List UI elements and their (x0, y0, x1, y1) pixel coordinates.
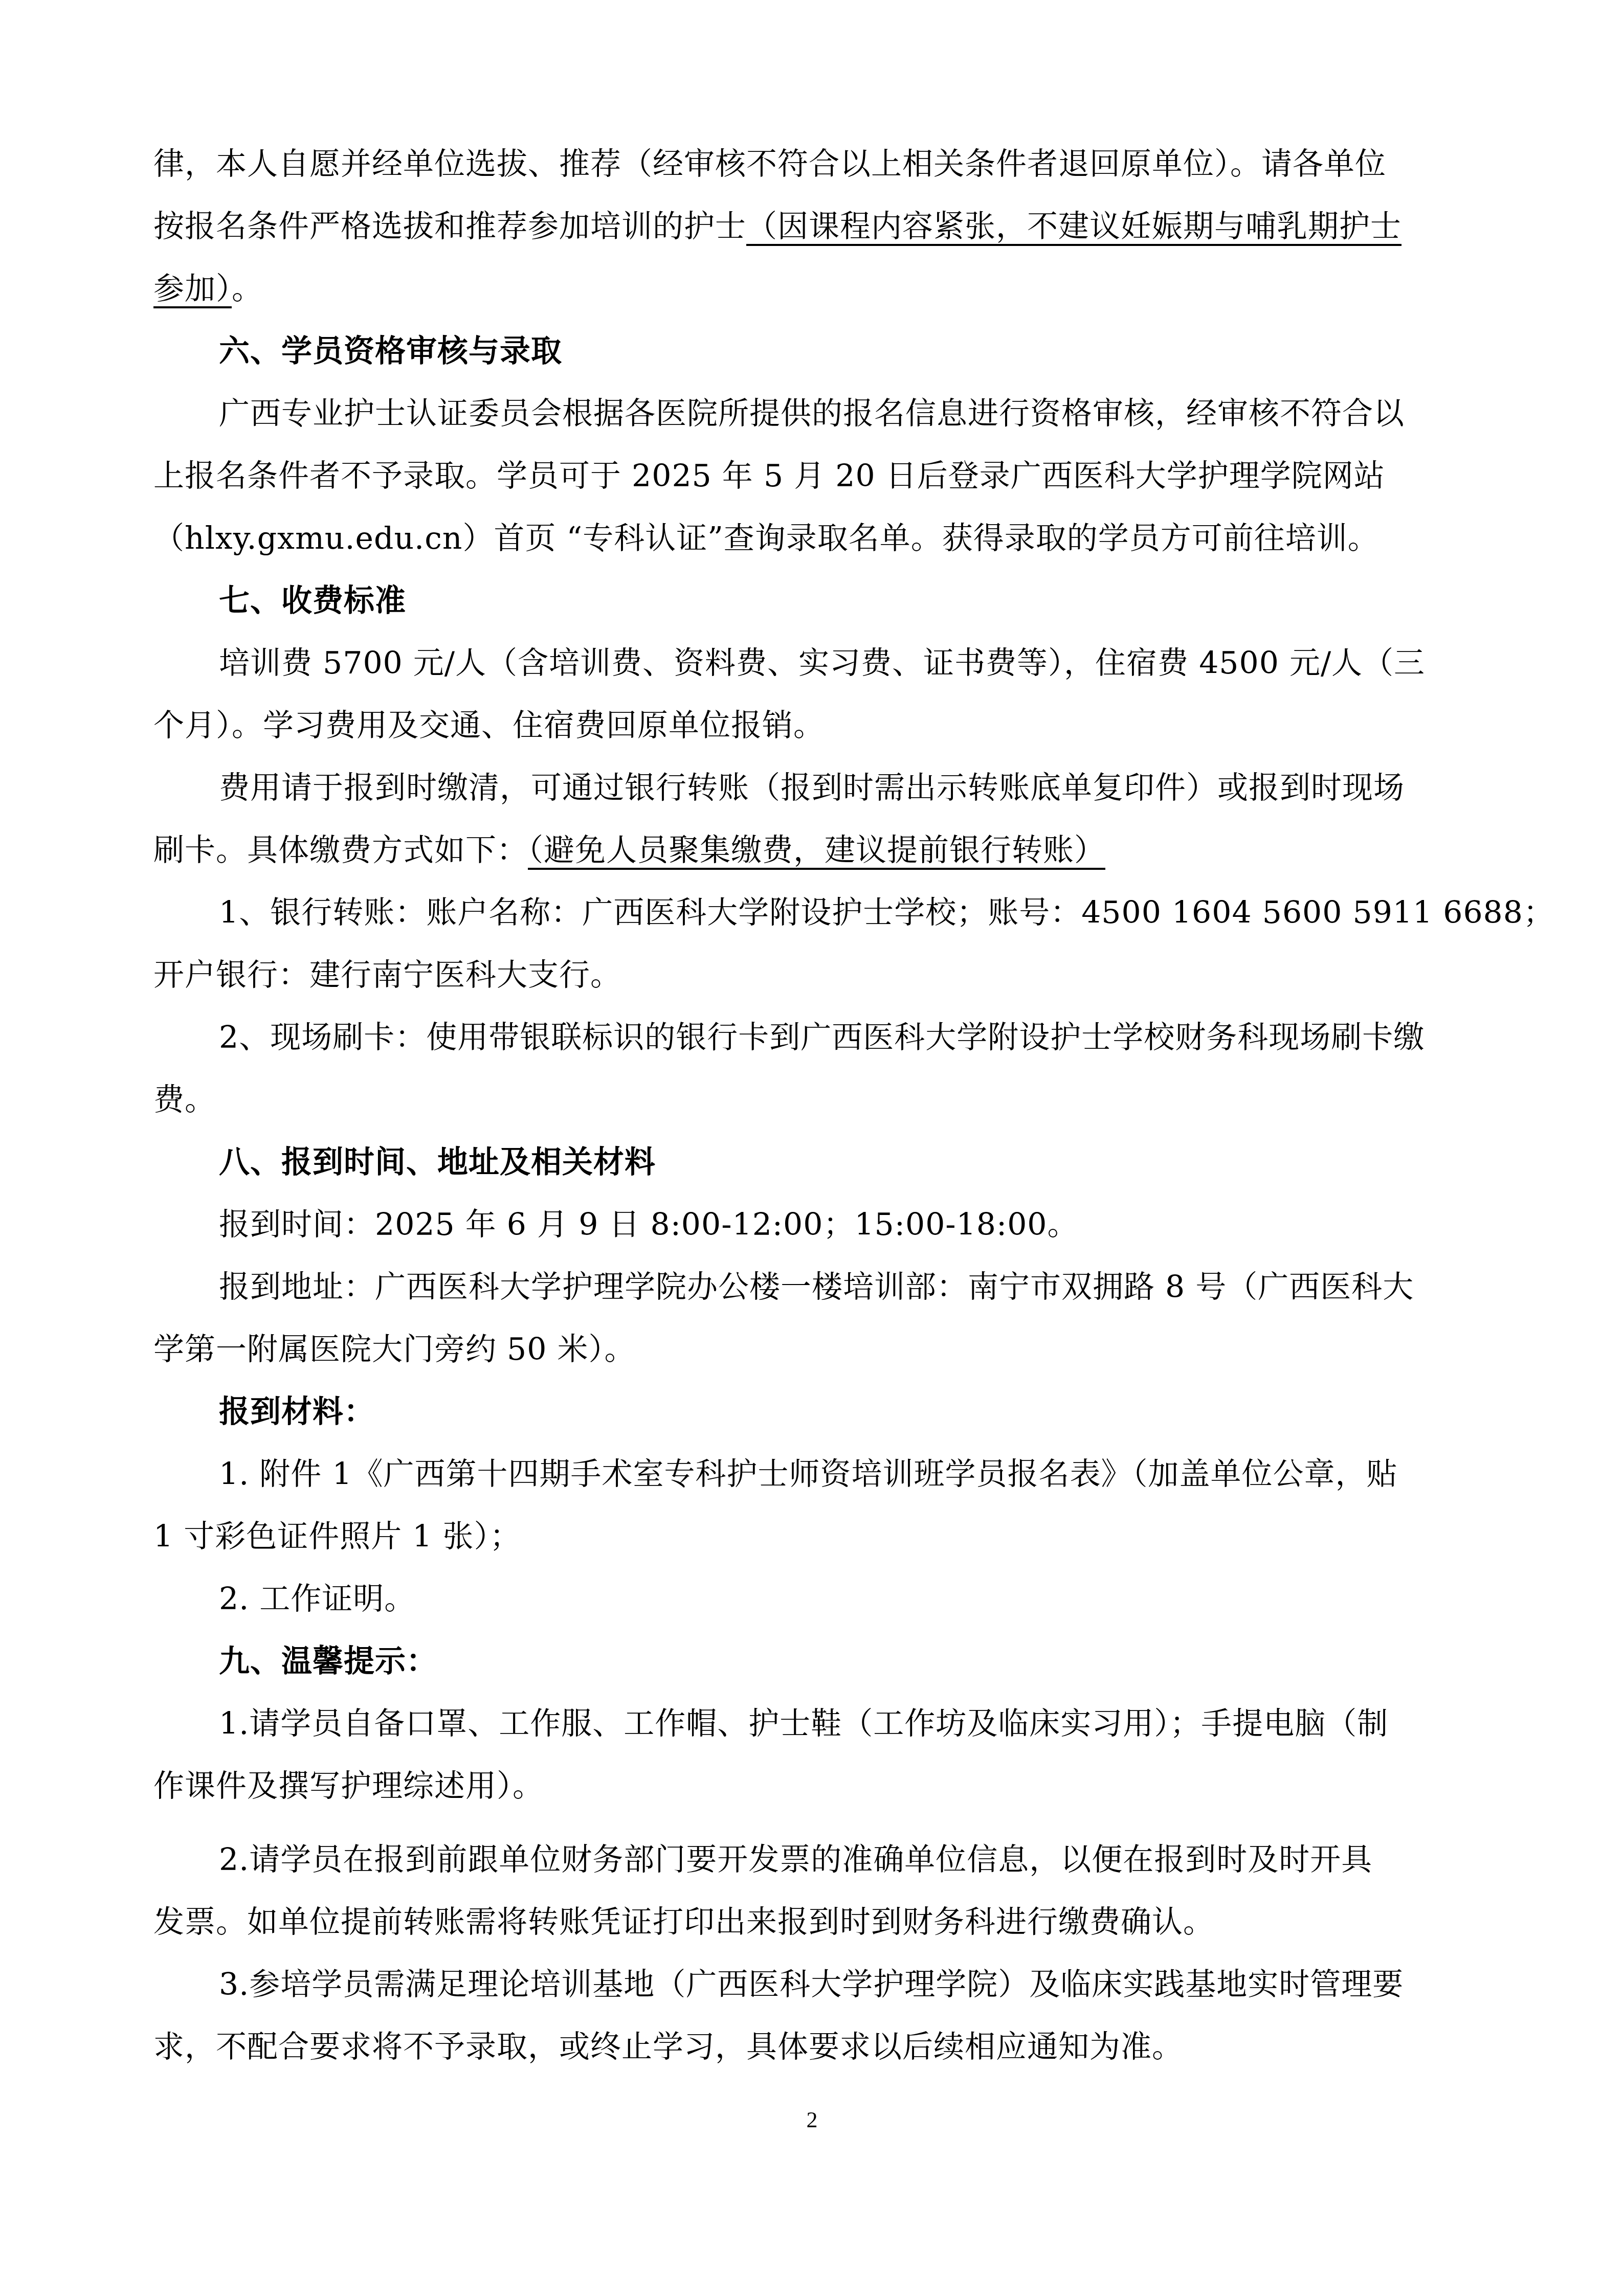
paragraph-line: 费。 (153, 1069, 1482, 1131)
document-page: 律，本人自愿并经单位选拔、推荐（经审核不符合以上相关条件者退回原单位）。请各单位… (0, 0, 1624, 2296)
report-address: 报到地址：广西医科大学护理学院办公楼一楼培训部：南宁市双拥路 8 号（广西医科大 (153, 1256, 1482, 1318)
paragraph-line: （hlxy.gxmu.edu.cn）首页 “专科认证”查询录取名单。获得录取的学… (153, 507, 1482, 570)
page-content: 律，本人自愿并经单位选拔、推荐（经审核不符合以上相关条件者退回原单位）。请各单位… (153, 133, 1482, 2078)
tip-item-2: 2.请学员在报到前跟单位财务部门要开发票的准确单位信息，以便在报到时及时开具 (153, 1829, 1482, 1891)
section-heading-9: 九、温馨提示： (153, 1630, 1482, 1693)
tip-item-1: 1.请学员自备口罩、工作服、工作帽、护士鞋（工作坊及临床实习用）；手提电脑（制 (153, 1693, 1482, 1755)
paragraph-line: 学第一附属医院大门旁约 50 米）。 (153, 1318, 1482, 1381)
bank-transfer-line: 1、银行转账：账户名称：广西医科大学附设护士学校；账号：4500 1604 56… (153, 882, 1482, 944)
paragraph-line: 费用请于报到时缴清，可通过银行转账（报到时需出示转账底单复印件）或报到时现场 (153, 757, 1482, 819)
card-payment-line: 2、现场刷卡：使用带银联标识的银行卡到广西医科大学附设护士学校财务科现场刷卡缴 (153, 1006, 1482, 1069)
text: 按报名条件严格选拔和推荐参加培训的护士 (153, 209, 746, 244)
paragraph-line: 作课件及撰写护理综述用）。 (153, 1755, 1482, 1817)
paragraph-line: 律，本人自愿并经单位选拔、推荐（经审核不符合以上相关条件者退回原单位）。请各单位 (153, 133, 1482, 195)
text: 刷卡。具体缴费方式如下： (153, 832, 528, 868)
text: 。 (232, 271, 263, 307)
section-heading-8: 八、报到时间、地址及相关材料 (153, 1131, 1482, 1194)
material-item-2: 2. 工作证明。 (153, 1568, 1482, 1630)
paragraph-line: 培训费 5700 元/人（含培训费、资料费、实习费、证书费等），住宿费 4500… (153, 632, 1482, 694)
paragraph-line: 按报名条件严格选拔和推荐参加培训的护士（因课程内容紧张，不建议妊娠期与哺乳期护士 (153, 195, 1482, 258)
materials-heading: 报到材料： (153, 1381, 1482, 1443)
tip-item-3: 3.参培学员需满足理论培训基地（广西医科大学护理学院）及临床实践基地实时管理要 (153, 1953, 1482, 2016)
underlined-note: 参加） (153, 271, 232, 307)
bank-name-line: 开户银行：建行南宁医科大支行。 (153, 944, 1482, 1006)
section-heading-7: 七、收费标准 (153, 570, 1482, 632)
paragraph-line: 刷卡。具体缴费方式如下：（避免人员聚集缴费，建议提前银行转账） (153, 819, 1482, 882)
paragraph-line: 参加）。 (153, 258, 1482, 320)
report-time: 报到时间：2025 年 6 月 9 日 8:00-12:00；15:00-18:… (153, 1194, 1482, 1256)
paragraph-line: 广西专业护士认证委员会根据各医院所提供的报名信息进行资格审核，经审核不符合以 (153, 382, 1482, 445)
paragraph-line: 求，不配合要求将不予录取，或终止学习，具体要求以后续相应通知为准。 (153, 2016, 1482, 2078)
paragraph-line: 发票。如单位提前转账需将转账凭证打印出来报到时到财务科进行缴费确认。 (153, 1891, 1482, 1953)
section-heading-6: 六、学员资格审核与录取 (153, 320, 1482, 382)
paragraph-line: 上报名条件者不予录取。学员可于 2025 年 5 月 20 日后登录广西医科大学… (153, 445, 1482, 507)
underlined-note: （因课程内容紧张，不建议妊娠期与哺乳期护士 (746, 209, 1401, 244)
page-number: 2 (0, 2107, 1624, 2133)
paragraph-line: 1 寸彩色证件照片 1 张）； (153, 1505, 1482, 1568)
material-item-1: 1. 附件 1《广西第十四期手术室专科护士师资培训班学员报名表》（加盖单位公章，… (153, 1443, 1482, 1505)
underlined-note: （避免人员聚集缴费，建议提前银行转账） (528, 832, 1105, 868)
paragraph-line: 个月）。学习费用及交通、住宿费回原单位报销。 (153, 694, 1482, 757)
